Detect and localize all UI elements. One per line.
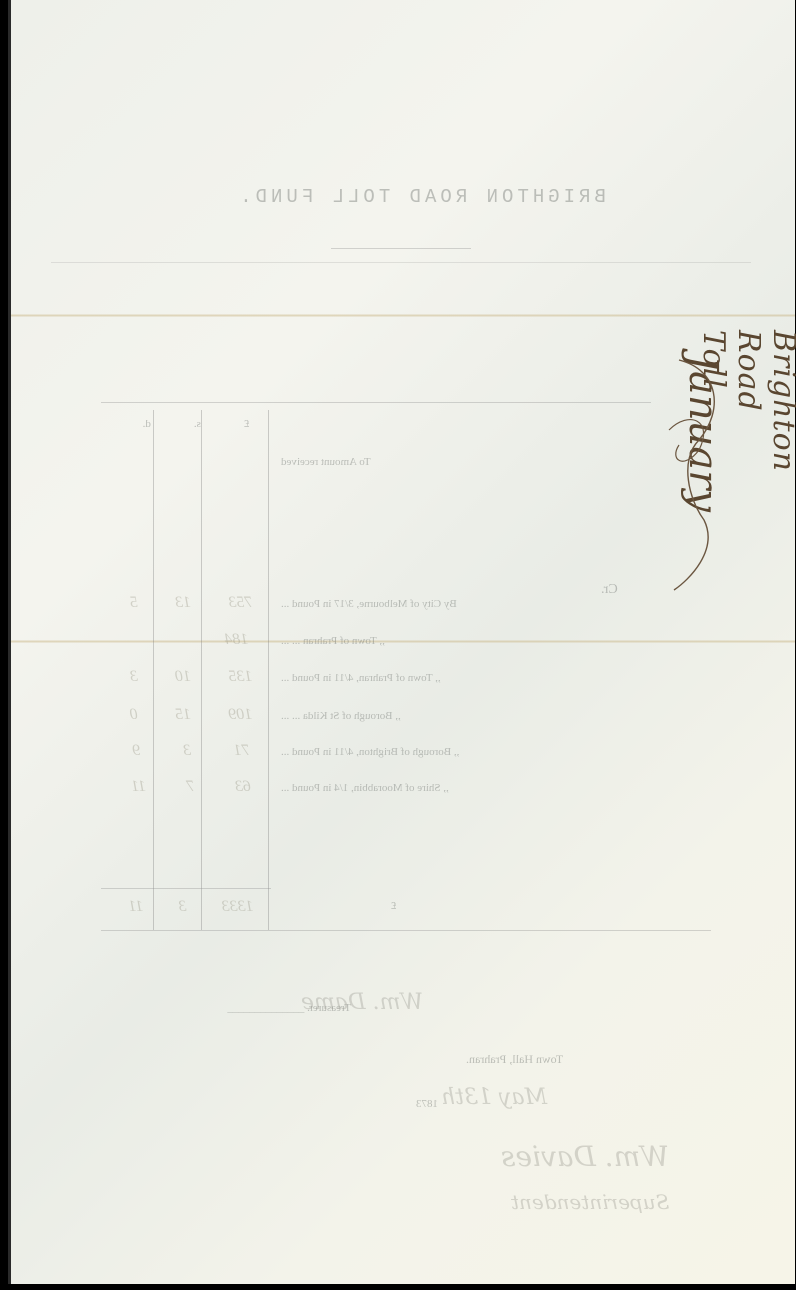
ledger-row-amount: 184: [111, 631, 271, 649]
ledger-row-label: ,, Town of Prahran, 4/11 in Pound ...: [281, 672, 641, 684]
ledger-row-label: ,, Borough of Brighton, 4/11 in Pound ..…: [281, 746, 641, 758]
ledger-row-label: ,, Shire of Moorabbin, 1/4 in Pound ...: [281, 782, 641, 794]
ledger-total-rule: [101, 888, 271, 889]
ledger-row-label: ,, Town of Prahran ... ...: [281, 635, 641, 647]
ledger-debit-row: To Amount received: [281, 456, 641, 468]
total-label: £: [391, 900, 397, 912]
faint-signature: Wm. Dame: [301, 990, 423, 1015]
ledger-row-label: By City of Melbourne, 3/17 in Pound ...: [281, 598, 641, 610]
faint-title-hand: Superintendent: [511, 1190, 669, 1214]
total-amount: 1333 3 11: [111, 898, 271, 916]
fold-crease: [11, 314, 795, 317]
document-page: BRIGHTON ROAD TOLL FUND. £ s. d. To Amou…: [8, 0, 795, 1284]
ledger-row-amount: 7139: [111, 742, 271, 760]
ledger-top-rule: [101, 402, 651, 403]
subtitle-rule: [51, 262, 751, 263]
title-rule: [331, 248, 471, 249]
faint-date-hand: May 13th: [441, 1085, 547, 1110]
mirrored-title: BRIGHTON ROAD TOLL FUND.: [201, 186, 641, 208]
ledger-row-label: ,, Borough of St Kilda ... ...: [281, 710, 641, 722]
currency-headers: £ s. d.: [121, 418, 271, 430]
ledger-row-amount: 135103: [111, 668, 271, 686]
place-line: Town Hall, Prahran.: [466, 1052, 563, 1067]
ledger-bottom-rule: [101, 930, 711, 931]
ledger-row-amount: 109150: [111, 706, 271, 724]
credit-marker: Cr.: [601, 582, 618, 598]
flourish-icon: [659, 350, 729, 600]
ledger-row-amount: 63711: [111, 778, 271, 796]
faint-name-hand: Wm. Davies: [501, 1140, 669, 1173]
date-line: 1873: [416, 1098, 438, 1110]
ledger-row-amount: 753135: [111, 594, 271, 612]
